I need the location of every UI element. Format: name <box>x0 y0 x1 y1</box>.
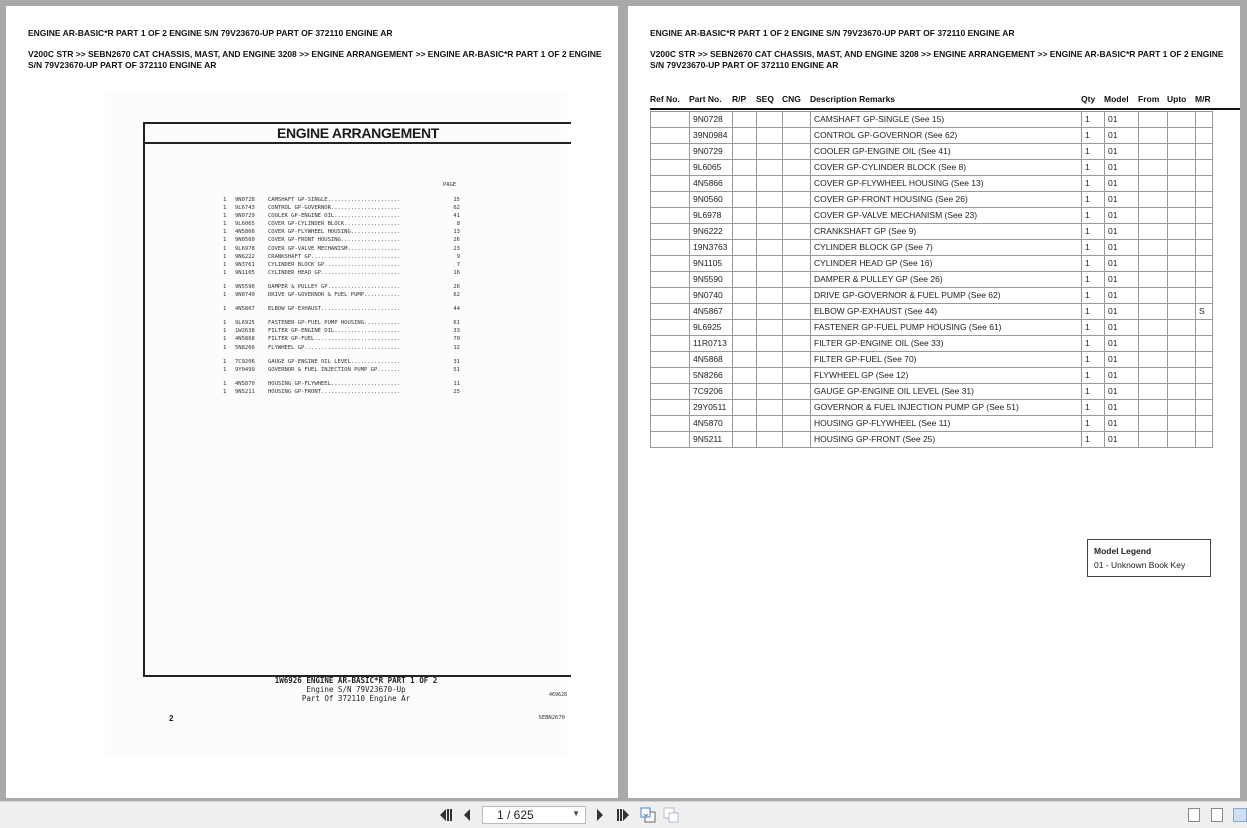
cell-from <box>1139 240 1168 256</box>
cell-from <box>1139 304 1168 320</box>
cell-model: 01 <box>1105 400 1139 416</box>
scan-list-item: 19L6065COVER GP-CYLINDER BLOCK..........… <box>223 220 463 228</box>
cell-cng <box>783 176 811 192</box>
parts-table: 9N0728CAMSHAFT GP-SINGLE (See 15)10139N0… <box>650 111 1213 448</box>
scan-list-item: 14N5868FILTER GP-FUEL...................… <box>223 335 463 343</box>
table-row: 9L6065COVER GP-CYLINDER BLOCK (See 8)101 <box>651 160 1213 176</box>
column-header: SEQ <box>756 94 774 104</box>
cell-part: 9L6925 <box>690 320 733 336</box>
cell-rp <box>733 128 757 144</box>
cell-from <box>1139 384 1168 400</box>
cell-seq <box>757 384 783 400</box>
scan-list-item: 19N3761CYLINDER BLOCK GP................… <box>223 261 463 269</box>
cell-seq <box>757 368 783 384</box>
cell-seq <box>757 320 783 336</box>
cell-desc: GAUGE GP-ENGINE OIL LEVEL (See 31) <box>811 384 1082 400</box>
cell-qty: 1 <box>1082 320 1105 336</box>
cell-qty: 1 <box>1082 288 1105 304</box>
scan-list-item: 19L6743CONTROL GP-GOVERNOR..............… <box>223 204 463 212</box>
cell-part: 9N0728 <box>690 112 733 128</box>
cell-model: 01 <box>1105 336 1139 352</box>
column-header: Model <box>1104 94 1129 104</box>
cell-desc: DAMPER & PULLEY GP (See 26) <box>811 272 1082 288</box>
continuous-view-button[interactable] <box>1211 808 1223 822</box>
cell-seq <box>757 272 783 288</box>
cell-seq <box>757 432 783 448</box>
cell-from <box>1139 432 1168 448</box>
cell-ref <box>651 304 690 320</box>
cell-cng <box>783 192 811 208</box>
cell-desc: CAMSHAFT GP-SINGLE (See 15) <box>811 112 1082 128</box>
cell-part: 9N0729 <box>690 144 733 160</box>
scan-caption: 1W6926 ENGINE AR-BASIC*R PART 1 OF 2 Eng… <box>143 676 569 703</box>
cell-upto <box>1168 144 1196 160</box>
cell-model: 01 <box>1105 256 1139 272</box>
page-title: ENGINE AR-BASIC*R PART 1 OF 2 ENGINE S/N… <box>650 28 1230 39</box>
cell-seq <box>757 352 783 368</box>
scan-list-item: 19N6222CRANKSHAFT GP....................… <box>223 253 463 261</box>
column-header: Upto <box>1167 94 1186 104</box>
cell-ref <box>651 128 690 144</box>
cell-part: 9N5590 <box>690 272 733 288</box>
column-header: CNG <box>782 94 801 104</box>
cell-rp <box>733 352 757 368</box>
page-title: ENGINE AR-BASIC*R PART 1 OF 2 ENGINE S/N… <box>28 28 608 39</box>
table-row: 9L6978COVER GP-VALVE MECHANISM (See 23)1… <box>651 208 1213 224</box>
cell-from <box>1139 400 1168 416</box>
cell-cng <box>783 240 811 256</box>
navigation-toolbar: 1 / 625 ▼ <box>0 801 1247 828</box>
cell-mr <box>1196 128 1213 144</box>
cell-rp <box>733 304 757 320</box>
cell-model: 01 <box>1105 240 1139 256</box>
cell-rp <box>733 320 757 336</box>
cell-qty: 1 <box>1082 224 1105 240</box>
scan-list-item: 14N5867ELBOW GP-EXHAUST.................… <box>223 305 463 313</box>
cell-from <box>1139 336 1168 352</box>
cell-from <box>1139 320 1168 336</box>
parts-table-header: Ref No.Part No.R/PSEQCNGDescription Rema… <box>650 92 1240 110</box>
cell-desc: CRANKSHAFT GP (See 9) <box>811 224 1082 240</box>
cell-desc: CYLINDER HEAD GP (See 16) <box>811 256 1082 272</box>
cell-rp <box>733 224 757 240</box>
cell-desc: FILTER GP-FUEL (See 70) <box>811 352 1082 368</box>
table-row: 9N6222CRANKSHAFT GP (See 9)101 <box>651 224 1213 240</box>
caption-line-3: Part Of 372110 Engine Ar <box>143 694 569 703</box>
cell-upto <box>1168 160 1196 176</box>
scan-list-item: 19N0729COOLER GP-ENGINE OIL.............… <box>223 212 463 220</box>
scan-parts-list: 19N0728CAMSHAFT GP-SINGLE...............… <box>223 196 463 396</box>
caption-line-2: Engine S/N 79V23670-Up <box>143 685 569 694</box>
table-row: 39N0984CONTROL GP-GOVERNOR (See 62)101 <box>651 128 1213 144</box>
table-row: 11R0713FILTER GP-ENGINE OIL (See 33)101 <box>651 336 1213 352</box>
cell-seq <box>757 208 783 224</box>
cell-seq <box>757 336 783 352</box>
cell-upto <box>1168 112 1196 128</box>
scan-list-item: 19N5590DAMPER & PULLEY GP...............… <box>223 283 463 291</box>
table-row: 19N3763CYLINDER BLOCK GP (See 7)101 <box>651 240 1213 256</box>
cell-desc: COOLER GP-ENGINE OIL (See 41) <box>811 144 1082 160</box>
cell-upto <box>1168 336 1196 352</box>
cell-rp <box>733 432 757 448</box>
cell-upto <box>1168 224 1196 240</box>
cell-cng <box>783 336 811 352</box>
cell-model: 01 <box>1105 112 1139 128</box>
cell-from <box>1139 160 1168 176</box>
cell-ref <box>651 352 690 368</box>
cell-mr <box>1196 320 1213 336</box>
cell-mr: S <box>1196 304 1213 320</box>
cell-model: 01 <box>1105 160 1139 176</box>
cell-desc: COVER GP-VALVE MECHANISM (See 23) <box>811 208 1082 224</box>
table-row: 9N5211HOUSING GP-FRONT (See 25)101 <box>651 432 1213 448</box>
page-number-value: 1 / 625 <box>497 808 534 822</box>
scan-list-item: 14N5866COVER GP-FLYWHEEL HOUSING........… <box>223 228 463 236</box>
table-row: 9N5590DAMPER & PULLEY GP (See 26)101 <box>651 272 1213 288</box>
cell-seq <box>757 304 783 320</box>
cell-desc: COVER GP-FLYWHEEL HOUSING (See 13) <box>811 176 1082 192</box>
column-header: Ref No. <box>650 94 680 104</box>
cell-mr <box>1196 160 1213 176</box>
table-row: 4N5866COVER GP-FLYWHEEL HOUSING (See 13)… <box>651 176 1213 192</box>
cell-part: 9N5211 <box>690 432 733 448</box>
table-row: 4N5868FILTER GP-FUEL (See 70)101 <box>651 352 1213 368</box>
cell-model: 01 <box>1105 176 1139 192</box>
scan-list-item: 19N0740DRIVE GP-GOVERNOR & FUEL PUMP....… <box>223 291 463 299</box>
cell-qty: 1 <box>1082 400 1105 416</box>
cell-seq <box>757 416 783 432</box>
cell-ref <box>651 432 690 448</box>
cell-qty: 1 <box>1082 208 1105 224</box>
cell-cng <box>783 272 811 288</box>
cell-mr <box>1196 256 1213 272</box>
cell-rp <box>733 256 757 272</box>
cell-desc: GOVERNOR & FUEL INJECTION PUMP GP (See 5… <box>811 400 1082 416</box>
cell-cng <box>783 208 811 224</box>
cell-qty: 1 <box>1082 256 1105 272</box>
cell-rp <box>733 160 757 176</box>
model-legend-title: Model Legend <box>1094 544 1204 558</box>
scan-list-item: 19N1105CYLINDER HEAD GP.................… <box>223 269 463 277</box>
cell-model: 01 <box>1105 128 1139 144</box>
table-row: 5N8266FLYWHEEL GP (See 12)101 <box>651 368 1213 384</box>
cell-mr <box>1196 384 1213 400</box>
cell-part: 9N0740 <box>690 288 733 304</box>
first-page-button[interactable] <box>438 807 454 823</box>
cell-ref <box>651 208 690 224</box>
previous-page-icon <box>463 809 471 821</box>
cell-model: 01 <box>1105 192 1139 208</box>
cell-part: 4N5868 <box>690 352 733 368</box>
cell-desc: HOUSING GP-FLYWHEEL (See 11) <box>811 416 1082 432</box>
cell-model: 01 <box>1105 208 1139 224</box>
cell-mr <box>1196 144 1213 160</box>
table-row: 9N0740DRIVE GP-GOVERNOR & FUEL PUMP (See… <box>651 288 1213 304</box>
left-page: ENGINE AR-BASIC*R PART 1 OF 2 ENGINE S/N… <box>6 6 618 798</box>
cell-ref <box>651 400 690 416</box>
cell-desc: DRIVE GP-GOVERNOR & FUEL PUMP (See 62) <box>811 288 1082 304</box>
table-row: 9N0729COOLER GP-ENGINE OIL (See 41)101 <box>651 144 1213 160</box>
model-legend: Model Legend 01 - Unknown Book Key <box>1087 539 1211 577</box>
cell-ref <box>651 240 690 256</box>
table-row: 9L6925FASTENER GP-FUEL PUMP HOUSING (See… <box>651 320 1213 336</box>
cell-part: 5N8266 <box>690 368 733 384</box>
cell-qty: 1 <box>1082 432 1105 448</box>
cell-cng <box>783 384 811 400</box>
scan-list-item: 19N0560COVER GP-FRONT HOUSING...........… <box>223 236 463 244</box>
cell-upto <box>1168 352 1196 368</box>
cell-qty: 1 <box>1082 176 1105 192</box>
cell-qty: 1 <box>1082 368 1105 384</box>
cell-model: 01 <box>1105 304 1139 320</box>
cell-qty: 1 <box>1082 112 1105 128</box>
cell-cng <box>783 144 811 160</box>
cell-qty: 1 <box>1082 240 1105 256</box>
cell-seq <box>757 128 783 144</box>
cell-rp <box>733 336 757 352</box>
cell-cng <box>783 400 811 416</box>
chevron-down-icon: ▼ <box>572 809 580 818</box>
cell-model: 01 <box>1105 288 1139 304</box>
cell-upto <box>1168 256 1196 272</box>
cell-part: 9N6222 <box>690 224 733 240</box>
cell-desc: FLYWHEEL GP (See 12) <box>811 368 1082 384</box>
cell-mr <box>1196 176 1213 192</box>
cell-mr <box>1196 352 1213 368</box>
cell-desc: FILTER GP-ENGINE OIL (See 33) <box>811 336 1082 352</box>
cell-rp <box>733 368 757 384</box>
cell-rp <box>733 208 757 224</box>
cell-from <box>1139 112 1168 128</box>
cell-ref <box>651 144 690 160</box>
scan-frame: ENGINE ARRANGEMENT PAGE 19N0728CAMSHAFT … <box>143 122 571 677</box>
cell-ref <box>651 224 690 240</box>
column-header: R/P <box>732 94 746 104</box>
scan-list-item: 19N5211HOUSING GP-FRONT.................… <box>223 388 463 396</box>
last-page-icon <box>616 809 630 821</box>
cell-seq <box>757 224 783 240</box>
cell-seq <box>757 112 783 128</box>
column-header: Qty <box>1081 94 1095 104</box>
model-legend-entry: 01 - Unknown Book Key <box>1094 558 1204 572</box>
cell-seq <box>757 144 783 160</box>
cell-ref <box>651 112 690 128</box>
cell-ref <box>651 176 690 192</box>
cell-upto <box>1168 240 1196 256</box>
cell-rp <box>733 112 757 128</box>
cell-qty: 1 <box>1082 192 1105 208</box>
cell-qty: 1 <box>1082 416 1105 432</box>
cell-upto <box>1168 288 1196 304</box>
cell-ref <box>651 384 690 400</box>
cell-qty: 1 <box>1082 336 1105 352</box>
cell-mr <box>1196 208 1213 224</box>
cell-model: 01 <box>1105 416 1139 432</box>
cell-from <box>1139 352 1168 368</box>
cell-upto <box>1168 368 1196 384</box>
cell-ref <box>651 416 690 432</box>
cell-rp <box>733 416 757 432</box>
right-page: ENGINE AR-BASIC*R PART 1 OF 2 ENGINE S/N… <box>628 6 1240 798</box>
cell-cng <box>783 320 811 336</box>
cell-rp <box>733 192 757 208</box>
cell-ref <box>651 336 690 352</box>
cell-seq <box>757 288 783 304</box>
cell-ref <box>651 288 690 304</box>
scan-heading: ENGINE ARRANGEMENT <box>145 125 571 141</box>
cell-part: 4N5870 <box>690 416 733 432</box>
cell-desc: FASTENER GP-FUEL PUMP HOUSING (See 61) <box>811 320 1082 336</box>
scan-list-item: 19N0728CAMSHAFT GP-SINGLE...............… <box>223 196 463 204</box>
scan-doc-id: SEBN2670 <box>539 715 566 721</box>
cell-qty: 1 <box>1082 384 1105 400</box>
previous-view-button[interactable] <box>640 807 656 823</box>
cell-upto <box>1168 304 1196 320</box>
single-page-view-button[interactable] <box>1188 808 1200 822</box>
cell-upto <box>1168 384 1196 400</box>
cell-model: 01 <box>1105 352 1139 368</box>
previous-page-button[interactable] <box>461 807 473 823</box>
cell-desc: COVER GP-FRONT HOUSING (See 26) <box>811 192 1082 208</box>
cell-rp <box>733 400 757 416</box>
cell-ref <box>651 160 690 176</box>
cell-upto <box>1168 208 1196 224</box>
cell-qty: 1 <box>1082 160 1105 176</box>
first-page-icon <box>439 809 453 821</box>
cell-cng <box>783 224 811 240</box>
cell-cng <box>783 128 811 144</box>
cell-rp <box>733 176 757 192</box>
cell-qty: 1 <box>1082 352 1105 368</box>
table-row: 7C9206GAUGE GP-ENGINE OIL LEVEL (See 31)… <box>651 384 1213 400</box>
scan-page-number: 2 <box>169 714 173 723</box>
cell-cng <box>783 432 811 448</box>
cell-desc: HOUSING GP-FRONT (See 25) <box>811 432 1082 448</box>
cell-from <box>1139 224 1168 240</box>
cell-upto <box>1168 432 1196 448</box>
cell-rp <box>733 240 757 256</box>
facing-view-button[interactable] <box>1233 808 1247 822</box>
cell-part: 7C9206 <box>690 384 733 400</box>
cell-cng <box>783 304 811 320</box>
cell-mr <box>1196 224 1213 240</box>
cell-mr <box>1196 192 1213 208</box>
column-header: M/R <box>1195 94 1211 104</box>
cell-from <box>1139 128 1168 144</box>
scan-list-item: 19Y0499GOVERNOR & FUEL INJECTION PUMP GP… <box>223 366 463 374</box>
cell-desc: ELBOW GP-EXHAUST (See 44) <box>811 304 1082 320</box>
cell-from <box>1139 272 1168 288</box>
cell-ref <box>651 272 690 288</box>
cell-seq <box>757 176 783 192</box>
cell-upto <box>1168 176 1196 192</box>
cell-model: 01 <box>1105 224 1139 240</box>
next-page-button[interactable] <box>594 807 606 823</box>
cell-ref <box>651 368 690 384</box>
cell-mr <box>1196 336 1213 352</box>
table-row: 4N5870HOUSING GP-FLYWHEEL (See 11)101 <box>651 416 1213 432</box>
cell-cng <box>783 288 811 304</box>
breadcrumb: V200C STR >> SEBN2670 CAT CHASSIS, MAST,… <box>650 49 1232 71</box>
cell-cng <box>783 368 811 384</box>
cell-seq <box>757 240 783 256</box>
cell-seq <box>757 256 783 272</box>
cell-rp <box>733 288 757 304</box>
cell-desc: CYLINDER BLOCK GP (See 7) <box>811 240 1082 256</box>
cell-mr <box>1196 368 1213 384</box>
breadcrumb: V200C STR >> SEBN2670 CAT CHASSIS, MAST,… <box>28 49 610 71</box>
cell-upto <box>1168 272 1196 288</box>
scan-list-item: 11W2638FILTER GP-ENGINE OIL.............… <box>223 327 463 335</box>
scan-list-item: 14N5870HOUSING GP-FLYWHEEL..............… <box>223 380 463 388</box>
table-row: 9N1105CYLINDER HEAD GP (See 16)101 <box>651 256 1213 272</box>
cell-cng <box>783 160 811 176</box>
cell-part: 9N0560 <box>690 192 733 208</box>
cell-from <box>1139 144 1168 160</box>
scan-list-item: 17C9206GAUGE GP-ENGINE OIL LEVEL........… <box>223 358 463 366</box>
next-page-icon <box>596 809 604 821</box>
cell-model: 01 <box>1105 320 1139 336</box>
cell-qty: 1 <box>1082 128 1105 144</box>
column-header: Description Remarks <box>810 94 895 104</box>
cell-part: 29Y0511 <box>690 400 733 416</box>
cell-from <box>1139 256 1168 272</box>
column-header: Part No. <box>689 94 722 104</box>
cell-mr <box>1196 416 1213 432</box>
title-rule <box>145 142 571 144</box>
scan-list-item: 15N8266FLYWHEEL GP......................… <box>223 344 463 352</box>
cell-cng <box>783 416 811 432</box>
cell-model: 01 <box>1105 432 1139 448</box>
cell-mr <box>1196 400 1213 416</box>
cell-mr <box>1196 432 1213 448</box>
cell-part: 9L6065 <box>690 160 733 176</box>
cell-mr <box>1196 288 1213 304</box>
cell-part: 11R0713 <box>690 336 733 352</box>
scan-list-item: 19L6978COVER GP-VALVE MECHANISM.........… <box>223 245 463 253</box>
cell-part: 19N3763 <box>690 240 733 256</box>
cell-from <box>1139 192 1168 208</box>
cell-seq <box>757 160 783 176</box>
cell-upto <box>1168 128 1196 144</box>
previous-view-icon <box>640 807 656 823</box>
cell-part: 9N1105 <box>690 256 733 272</box>
cell-upto <box>1168 416 1196 432</box>
cell-part: 39N0984 <box>690 128 733 144</box>
cell-ref <box>651 256 690 272</box>
last-page-button[interactable] <box>615 807 631 823</box>
cell-from <box>1139 176 1168 192</box>
cell-rp <box>733 384 757 400</box>
cell-rp <box>733 144 757 160</box>
next-view-button[interactable] <box>663 807 679 823</box>
cell-part: 4N5867 <box>690 304 733 320</box>
cell-model: 01 <box>1105 272 1139 288</box>
cell-cng <box>783 112 811 128</box>
cell-cng <box>783 256 811 272</box>
cell-mr <box>1196 112 1213 128</box>
page-number-dropdown[interactable]: 1 / 625 ▼ <box>482 806 586 824</box>
scan-page-column-label: PAGE <box>443 182 456 188</box>
cell-seq <box>757 400 783 416</box>
cell-from <box>1139 288 1168 304</box>
cell-model: 01 <box>1105 368 1139 384</box>
cell-model: 01 <box>1105 144 1139 160</box>
cell-mr <box>1196 272 1213 288</box>
table-row: 4N5867ELBOW GP-EXHAUST (See 44)101S <box>651 304 1213 320</box>
cell-from <box>1139 208 1168 224</box>
cell-upto <box>1168 192 1196 208</box>
